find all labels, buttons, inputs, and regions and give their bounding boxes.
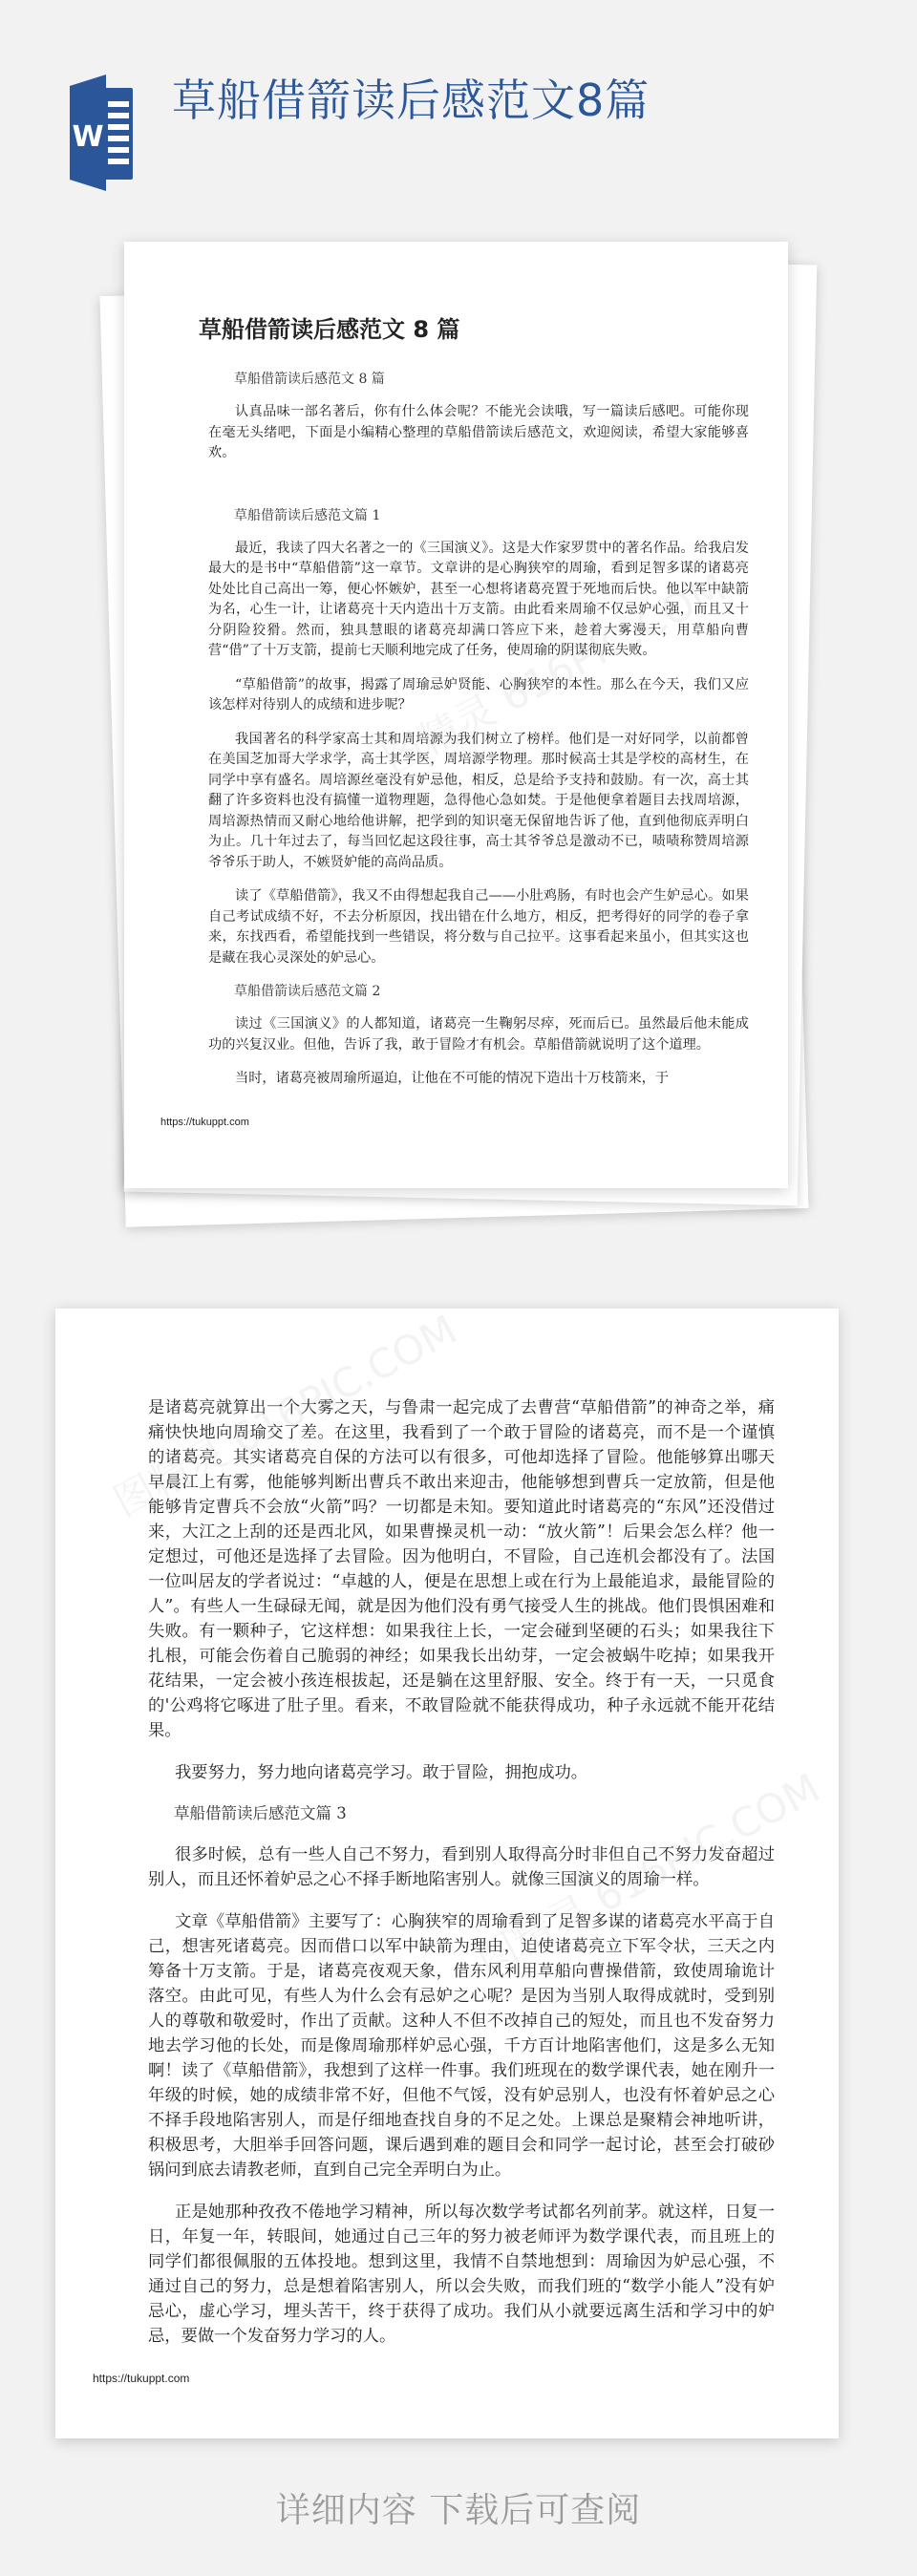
- paragraph: 读过《三国演义》的人都知道，诸葛亮一生鞠躬尽瘁，死而后已。虽然最后他未能成功的兴…: [208, 1014, 749, 1055]
- header: W 草船借箭读后感范文8篇: [0, 0, 917, 220]
- paragraph: 文章《草船借箭》主要写了：心胸狭窄的周瑜看到了足智多谋的诸葛亮水平高于自己，想害…: [148, 1909, 775, 2182]
- paragraph: 当时，诸葛亮被周瑜所逼迫，让他在不可能的情况下造出十万枝箭来，于: [208, 1069, 749, 1090]
- footer-link[interactable]: https://tukuppt.com: [160, 1117, 249, 1128]
- paragraph: 很多时候，总有一些人自己不努力，看到别人取得高分时非但自己不努力发奋超过别人，而…: [148, 1842, 775, 1892]
- page-heading: 草船借箭读后感范文 8 篇: [199, 310, 749, 349]
- section-title-1: 草船借箭读后感范文篇 1: [208, 506, 749, 525]
- document-page-1: 草船借箭读后感范文 8 篇 草船借箭读后感范文 8 篇 认真品味一部名著后，你有…: [124, 242, 788, 1188]
- word-document-icon: W: [70, 75, 133, 191]
- paragraph: 我国著名的科学家高士其和周培源为我们树立了榜样。他们是一对好同学，以前都曾在美国…: [208, 730, 749, 874]
- paragraph: 正是她那种孜孜不倦地学习精神，所以每次数学考试都名列前茅。就这样，日复一日，年复…: [148, 2200, 775, 2349]
- download-prompt-banner: 详细内容 下载后可查阅: [0, 2483, 917, 2532]
- document-page-2: 是诸葛亮就算出一个大雾之天，与鲁肃一起完成了去曹营“草船借箭”的神奇之举，痛痛快…: [55, 1309, 839, 2438]
- footer-link[interactable]: https://tukuppt.com: [93, 2372, 189, 2385]
- section-title-3: 草船借箭读后感范文篇 3: [148, 1802, 775, 1825]
- section-title-2: 草船借箭读后感范文篇 2: [208, 982, 749, 1001]
- paragraph: 读了《草船借箭》，我又不由得想起我自己——小肚鸡肠，有时也会产生妒忌心。如果自己…: [208, 886, 749, 969]
- paragraph: “草船借箭”的故事，揭露了周瑜忌妒贤能、心胸狭窄的本性。那么在今天，我们又应该怎…: [208, 675, 749, 716]
- paragraph: 最近，我读了四大名著之一的《三国演义》。这是大作家罗贯中的著名作品。给我启发最大…: [208, 539, 749, 662]
- subtitle: 草船借箭读后感范文 8 篇: [208, 370, 749, 389]
- paragraph: 是诸葛亮就算出一个大雾之天，与鲁肃一起完成了去曹营“草船借箭”的神奇之举，痛痛快…: [148, 1395, 775, 1743]
- document-title: 草船借箭读后感范文8篇: [172, 73, 764, 128]
- paragraph: 我要努力，努力地向诸葛亮学习。敢于冒险，拥抱成功。: [148, 1760, 775, 1785]
- intro-paragraph: 认真品味一部名著后，你有什么体会呢？不能光会读哦，写一篇读后感吧。可能你现在毫无…: [208, 402, 749, 464]
- svg-text:W: W: [72, 120, 103, 154]
